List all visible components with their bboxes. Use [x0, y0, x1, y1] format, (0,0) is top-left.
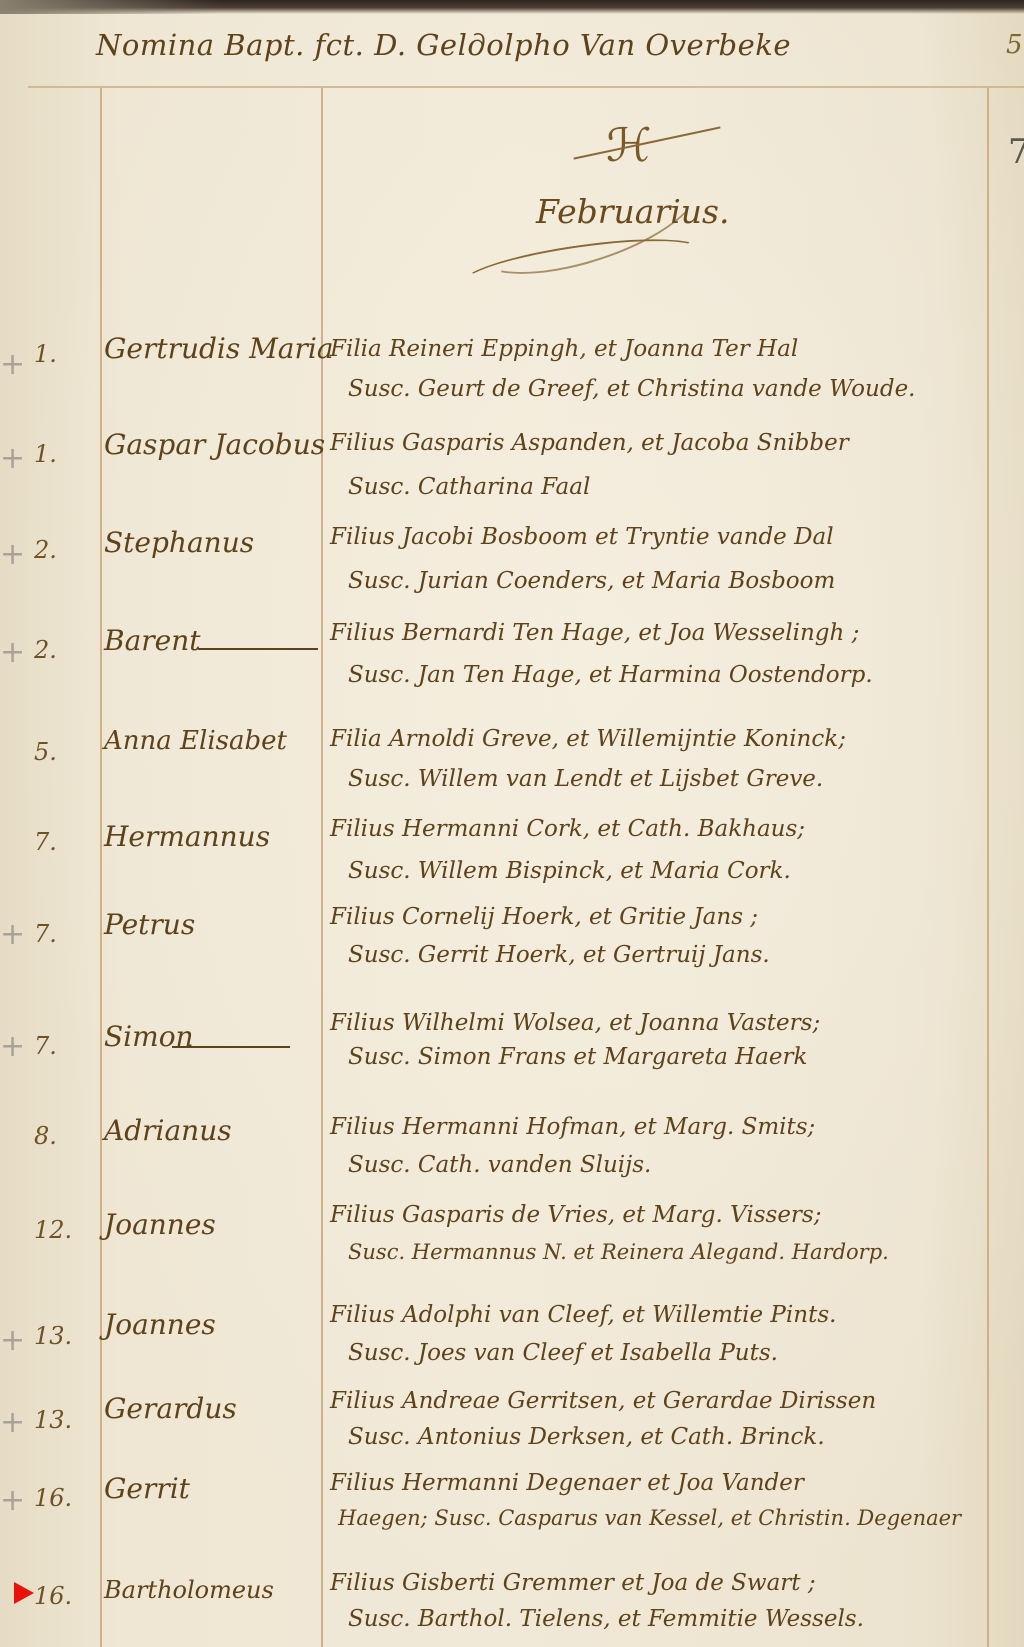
month-symbol: ℋ	[606, 118, 651, 172]
child-name: Stephanus	[104, 526, 254, 559]
month-heading: Februarius.	[536, 192, 729, 231]
register-page: Nomina Bapt. fct. D. Gelдolpho Van Overb…	[0, 0, 1024, 1647]
sponsors-text: Susc. Willem van Lendt et Lijsbet Greve.	[348, 766, 823, 792]
parents-text: Filius Bernardi Ten Hage, et Joa Wesseli…	[330, 620, 859, 646]
entry-day: 13.	[34, 1406, 72, 1434]
parents-text: Filia Arnoldi Greve, et Willemijntie Kon…	[330, 726, 846, 752]
child-name: Anna Elisabet	[104, 726, 287, 756]
register-entry: + 1. Gertrudis Maria Filia Reineri Eppin…	[0, 318, 1024, 408]
register-entry: + 16. Gerrit Filius Hermanni Degenaer et…	[0, 1466, 1024, 1556]
entry-day: 1.	[34, 340, 57, 368]
register-entry: 7. Hermannus Filius Hermanni Cork, et Ca…	[0, 800, 1024, 890]
parents-text: Filius Gasparis Aspanden, et Jacoba Snib…	[330, 430, 849, 456]
entry-day: 7.	[34, 920, 57, 948]
sponsors-text: Susc. Catharina Faal	[348, 474, 590, 500]
pencil-cross-mark: +	[0, 350, 25, 380]
parents-text: Filius Wilhelmi Wolsea, et Joanna Vaster…	[330, 1010, 820, 1036]
book-binding-shadow	[0, 0, 1024, 14]
entry-day: 16.	[34, 1582, 72, 1610]
sponsors-text: Susc. Cath. vanden Sluijs.	[348, 1152, 651, 1178]
parents-text: Filius Cornelij Hoerk, et Gritie Jans ;	[330, 904, 758, 930]
parents-text: Filius Hermanni Cork, et Cath. Bakhaus;	[330, 816, 805, 842]
pencil-cross-mark: +	[0, 1486, 25, 1516]
entry-day: 2.	[34, 636, 57, 664]
sponsors-text: Susc. Willem Bispinck, et Maria Cork.	[348, 858, 791, 884]
sponsors-text: Susc. Geurt de Greef, et Christina vande…	[348, 376, 916, 402]
register-entry: 12. Joannes Filius Gasparis de Vries, et…	[0, 1198, 1024, 1288]
register-entry: 5. Anna Elisabet Filia Arnoldi Greve, et…	[0, 708, 1024, 798]
child-name: Bartholomeus	[104, 1576, 274, 1604]
parents-text: Filius Andreae Gerritsen, et Gerardae Di…	[330, 1388, 876, 1414]
sponsors-text: Susc. Hermannus N. et Reinera Alegand. H…	[348, 1240, 889, 1264]
child-name: Gerrit	[104, 1472, 190, 1505]
entry-day: 7.	[34, 828, 57, 856]
register-entry: + 1. Gaspar Jacobus Filius Gasparis Aspa…	[0, 418, 1024, 508]
pencil-cross-mark: +	[0, 540, 25, 570]
sponsors-text: Susc. Simon Frans et Margareta Haerk	[348, 1044, 807, 1070]
entry-day: 8.	[34, 1122, 57, 1150]
header-rule-line	[28, 86, 1024, 88]
pencil-cross-mark: +	[0, 920, 25, 950]
child-name: Gerardus	[104, 1392, 237, 1425]
sponsors-text: Susc. Barthol. Tielens, et Femmitie Wess…	[348, 1606, 864, 1632]
register-entry: 16. Bartholomeus Filius Gisberti Gremmer…	[0, 1560, 1024, 1647]
entry-day: 1.	[34, 440, 57, 468]
entry-day: 12.	[34, 1216, 72, 1244]
child-name: Hermannus	[104, 820, 270, 853]
parents-text: Filia Reineri Eppingh, et Joanna Ter Hal	[330, 336, 798, 362]
child-name: Gertrudis Maria	[104, 332, 334, 365]
child-name: Joannes	[104, 1308, 216, 1341]
pencil-cross-mark: +	[0, 1032, 25, 1062]
sponsors-text: Susc. Jan Ten Hage, et Harmina Oostendor…	[348, 662, 873, 688]
pencil-cross-mark: +	[0, 444, 25, 474]
child-name: Barent	[104, 624, 201, 657]
child-name: Joannes	[104, 1208, 216, 1241]
entry-day: 5.	[34, 738, 57, 766]
child-name: Gaspar Jacobus	[104, 428, 325, 461]
entry-marker-arrow-icon	[14, 1582, 34, 1604]
sponsors-text: Susc. Antonius Derksen, et Cath. Brinck.	[348, 1424, 825, 1450]
entry-day: 2.	[34, 536, 57, 564]
register-entry: + 13. Gerardus Filius Andreae Gerritsen,…	[0, 1388, 1024, 1478]
parents-text: Filius Hermanni Hofman, et Marg. Smits;	[330, 1114, 815, 1140]
register-entry: + 2. Stephanus Filius Jacobi Bosboom et …	[0, 518, 1024, 608]
pencil-cross-mark: +	[0, 1408, 25, 1438]
pencil-cross-mark: +	[0, 638, 25, 668]
entry-day: 16.	[34, 1484, 72, 1512]
entry-day: 13.	[34, 1322, 72, 1350]
entry-day: 7.	[34, 1032, 57, 1060]
register-entry: + 7. Petrus Filius Cornelij Hoerk, et Gr…	[0, 898, 1024, 988]
sponsors-text: Haegen; Susc. Casparus van Kessel, et Ch…	[338, 1506, 961, 1530]
child-name: Petrus	[104, 908, 195, 941]
sponsors-text: Susc. Gerrit Hoerk, et Gertruij Jans.	[348, 942, 770, 968]
register-entry: + 2. Barent Filius Bernardi Ten Hage, et…	[0, 608, 1024, 698]
name-fill-dash	[198, 648, 318, 650]
parents-text: Filius Gasparis de Vries, et Marg. Visse…	[330, 1202, 821, 1228]
sponsors-text: Susc. Jurian Coenders, et Maria Bosboom	[348, 568, 835, 594]
name-fill-dash	[172, 1046, 290, 1048]
parents-text: Filius Gisberti Gremmer et Joa de Swart …	[330, 1570, 816, 1596]
parents-text: Filius Hermanni Degenaer et Joa Vander	[330, 1470, 804, 1496]
register-entry: + 7. Simon Filius Wilhelmi Wolsea, et Jo…	[0, 1010, 1024, 1100]
parents-text: Filius Adolphi van Cleef, et Willemtie P…	[330, 1302, 836, 1328]
page-header-title: Nomina Bapt. fct. D. Gelдolpho Van Overb…	[96, 28, 791, 62]
sponsors-text: Susc. Joes van Cleef et Isabella Puts.	[348, 1340, 778, 1366]
parents-text: Filius Jacobi Bosboom et Tryntie vande D…	[330, 524, 834, 550]
child-name: Simon	[104, 1020, 194, 1053]
right-margin-mark: 7	[1008, 135, 1024, 185]
page-number: 5	[1006, 30, 1023, 60]
child-name: Adrianus	[104, 1114, 232, 1147]
register-entry: 8. Adrianus Filius Hermanni Hofman, et M…	[0, 1100, 1024, 1190]
register-entry: + 13. Joannes Filius Adolphi van Cleef, …	[0, 1298, 1024, 1388]
pencil-cross-mark: +	[0, 1326, 25, 1356]
